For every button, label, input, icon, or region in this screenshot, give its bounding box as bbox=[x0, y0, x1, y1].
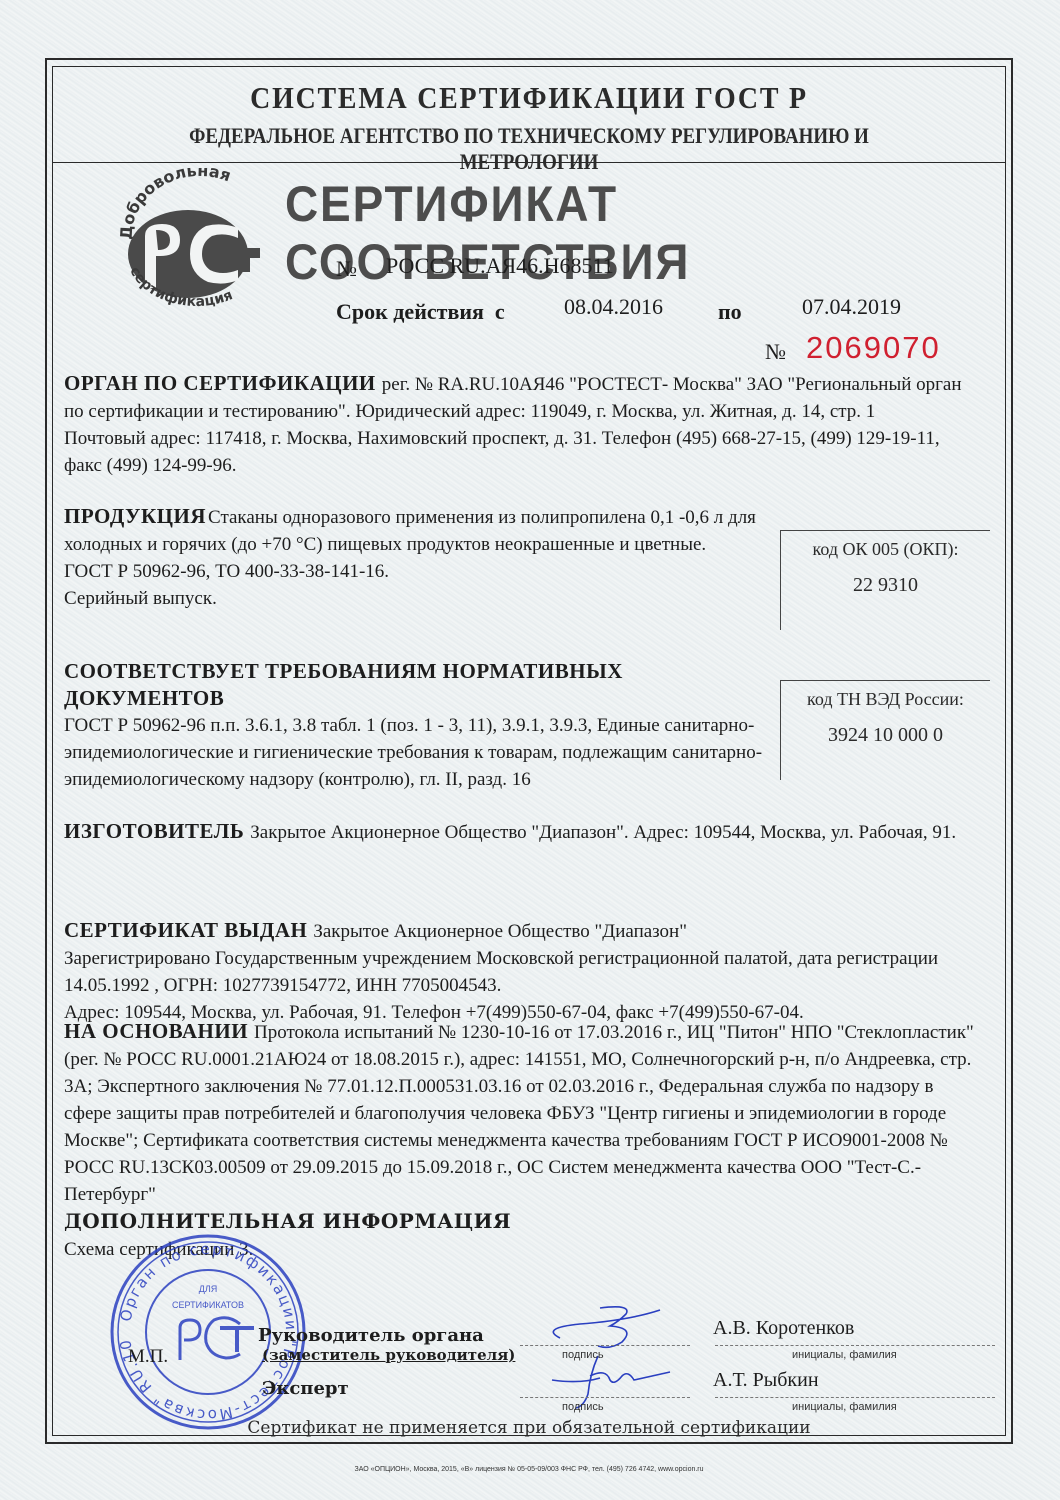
blank-number: 2069070 bbox=[806, 330, 941, 366]
expert-signature-line bbox=[520, 1397, 690, 1398]
head-name: А.В. Коротенков bbox=[713, 1317, 854, 1340]
printer-info: ЗАО «ОПЦИОН», Москва, 2015, «В» лицензия… bbox=[52, 1466, 1006, 1473]
section-heading: ИЗГОТОВИТЕЛЬ bbox=[64, 819, 244, 843]
section-basis: НА ОСНОВАНИИПротокола испытаний № 1230-1… bbox=[64, 1018, 984, 1208]
section-heading: ДОПОЛНИТЕЛЬНАЯ ИНФОРМАЦИЯ bbox=[64, 1209, 511, 1233]
head-role-label: Руководитель органа bbox=[258, 1325, 484, 1346]
okp-code-box: код ОК 005 (ОКП): 22 9310 bbox=[780, 530, 990, 630]
signature-caption: подпись bbox=[562, 1401, 604, 1413]
valid-to-label: по bbox=[718, 299, 742, 325]
stamp-inner-top: ДЛЯ bbox=[199, 1284, 218, 1294]
expert-name-line bbox=[715, 1397, 995, 1398]
head-signature-line bbox=[520, 1345, 690, 1346]
blank-number-label: № bbox=[765, 339, 786, 365]
valid-from: 08.04.2016 bbox=[564, 294, 663, 320]
name-caption: инициалы, фамилия bbox=[792, 1401, 897, 1413]
section-heading: СЕРТИФИКАТ ВЫДАН bbox=[64, 918, 307, 942]
tnved-code-label: код ТН ВЭД России: bbox=[781, 689, 990, 710]
rst-logo-icon: Добровольная сертификация bbox=[110, 168, 290, 316]
name-caption: инициалы, фамилия bbox=[792, 1349, 897, 1361]
head-role-sub-label: (заместитель руководителя) bbox=[262, 1346, 515, 1364]
stamp-inner-mid: СЕРТИФИКАТОВ bbox=[172, 1300, 244, 1310]
okp-code-value: 22 9310 bbox=[781, 574, 990, 597]
head-name-line bbox=[715, 1345, 995, 1346]
cert-number: РОСС RU.АЯ46.Н68511 bbox=[386, 253, 614, 279]
section-heading: ПРОДУКЦИЯ bbox=[64, 504, 206, 528]
section-requirements: СООТВЕТСТВУЕТ ТРЕБОВАНИЯМ НОРМАТИВНЫХ ДО… bbox=[64, 658, 784, 793]
section-heading: ОРГАН ПО СЕРТИФИКАЦИИ bbox=[64, 371, 376, 395]
section-heading: НА ОСНОВАНИИ bbox=[64, 1019, 248, 1043]
section-text: Закрытое Акционерное Общество "Диапазон"… bbox=[250, 822, 956, 843]
section-text-registration: Зарегистрировано Государственным учрежде… bbox=[64, 948, 938, 996]
expert-name: А.Т. Рыбкин bbox=[713, 1369, 819, 1392]
tnved-code-box: код ТН ВЭД России: 3924 10 000 0 bbox=[780, 680, 990, 780]
system-title: СИСТЕМА СЕРТИФИКАЦИИ ГОСТ Р bbox=[100, 80, 959, 116]
section-issued-to: СЕРТИФИКАТ ВЫДАНЗакрытое Акционерное Общ… bbox=[64, 917, 984, 1026]
footer-note: Сертификат не применяется при обязательн… bbox=[52, 1418, 1006, 1438]
section-text: ГОСТ Р 50962-96 п.п. 3.6.1, 3.8 табл. 1 … bbox=[64, 715, 762, 790]
okp-code-label: код ОК 005 (ОКП): bbox=[781, 539, 990, 560]
section-text-standard: ГОСТ Р 50962-96, ТО 400-33-38-141-16. bbox=[64, 561, 389, 582]
cert-number-label: № bbox=[336, 256, 357, 282]
section-text-postal: Почтовый адрес: 117418, г. Москва, Нахим… bbox=[64, 428, 940, 476]
stamp-place-label: М.П. bbox=[128, 1346, 168, 1368]
section-certification-body: ОРГАН ПО СЕРТИФИКАЦИИрег. № RA.RU.10АЯ46… bbox=[64, 370, 974, 479]
section-manufacturer: ИЗГОТОВИТЕЛЬЗакрытое Акционерное Обществ… bbox=[64, 818, 974, 846]
signature-caption: подпись bbox=[562, 1349, 604, 1361]
section-text: Протокола испытаний № 1230-10-16 от 17.0… bbox=[64, 1022, 974, 1205]
section-heading: СООТВЕТСТВУЕТ ТРЕБОВАНИЯМ НОРМАТИВНЫХ ДО… bbox=[64, 658, 778, 712]
validity-label: Срок действия с bbox=[336, 299, 505, 325]
section-text-serial: Серийный выпуск. bbox=[64, 588, 217, 609]
expert-role-label: Эксперт bbox=[262, 1378, 349, 1399]
valid-to: 07.04.2019 bbox=[802, 294, 901, 320]
tnved-code-value: 3924 10 000 0 bbox=[781, 724, 990, 747]
section-product: ПРОДУКЦИЯСтаканы одноразового применения… bbox=[64, 503, 764, 612]
section-text: Закрытое Акционерное Общество "Диапазон" bbox=[313, 921, 687, 942]
